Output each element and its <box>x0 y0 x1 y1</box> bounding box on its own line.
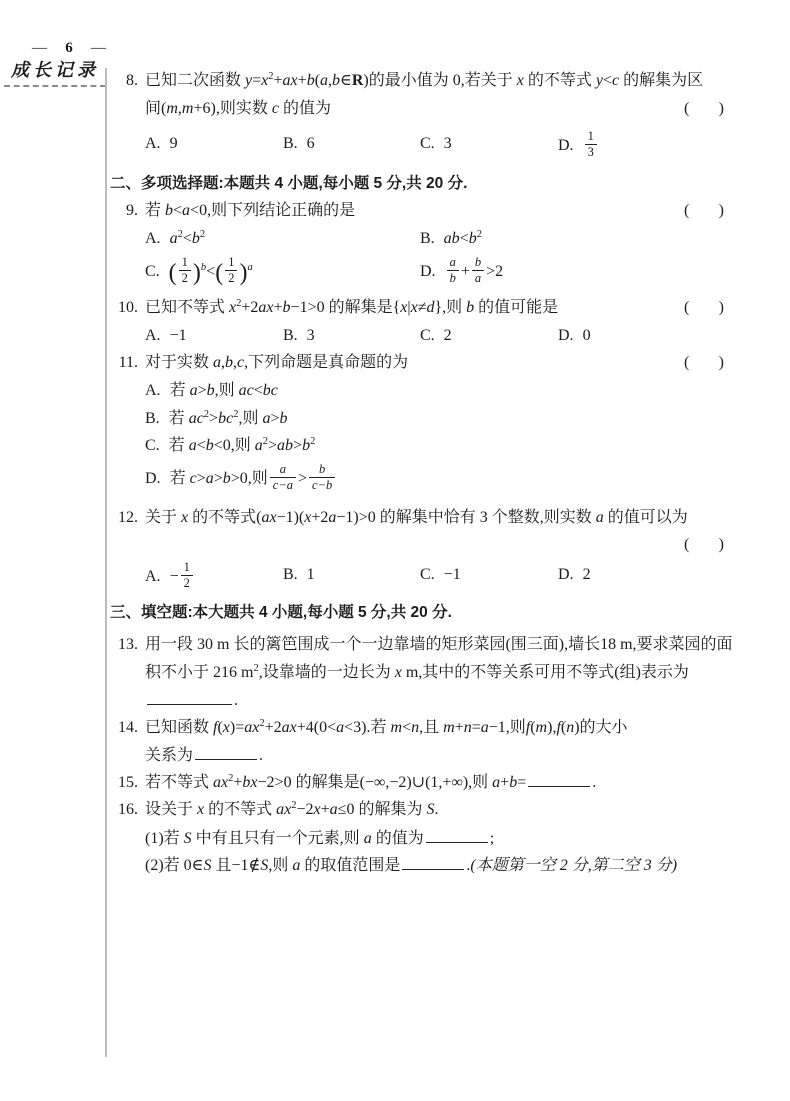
option-C: C.2 <box>420 323 452 349</box>
option-value: 若 a<b<0,则 a2>ab>b2 <box>169 437 316 454</box>
question-15-text: 若不等式 ax2+bx−2>0 的解集是(−∞,−2)∪(1,+∞),则 a+b… <box>145 774 596 791</box>
option-value: 若 ac2>bc2,则 a>b <box>169 410 288 427</box>
option-label: B. <box>420 230 435 247</box>
bracket-open: ( <box>684 295 689 321</box>
option-label: D. <box>558 137 574 154</box>
option-value: −1 <box>170 327 187 344</box>
question-8-line-1: 8.已知二次函数 y=x2+ax+b(a,b∈R)的最小值为 0,若关于 x 的… <box>110 68 758 94</box>
option-B: B.1 <box>283 562 315 588</box>
question-8-text: 已知二次函数 y=x2+ax+b(a,b∈R)的最小值为 0,若关于 x 的不等… <box>145 72 703 89</box>
question-14-text: 已知函数 f(x)=ax2+2ax+4(0<a<3).若 m<n,且 m+n=a… <box>145 719 628 736</box>
question-10-line-1: 10.已知不等式 x2+2ax+b−1>0 的解集是{x|x≠d},则 b 的值… <box>110 295 758 321</box>
question-13-line-1: 13.用一段 30 m 长的篱笆围成一个一边靠墙的矩形菜园(围三面),墙长18 … <box>110 632 758 658</box>
question-16-sub-2: (2)若 0∈S 且−1∉S,则 a 的取值范围是.(本题第一空 2 分,第二空… <box>110 852 758 879</box>
question-14-text: 关系为. <box>145 747 263 764</box>
page-number: — 6 — <box>32 40 106 57</box>
option-C: C.(12)b<(12)a <box>145 257 253 288</box>
vertical-divider <box>105 68 107 1057</box>
bracket-close: ) <box>719 198 724 224</box>
question-16-sub2-text: (2)若 0∈S 且−1∉S,则 a 的取值范围是.(本题第一空 2 分,第二空… <box>145 857 677 874</box>
question-13-text: 用一段 30 m 长的篱笆围成一个一边靠墙的矩形菜园(围三面),墙长18 m,要… <box>145 636 733 653</box>
question-8-line-2: 间(m,m+6),则实数 c 的值为 () <box>110 96 758 122</box>
option-B: B.ab<b2 <box>420 226 482 252</box>
question-11-option-D: D.若 c>a>b>0,则ac−a>bc−b <box>110 464 758 495</box>
option-label: A. <box>145 135 161 152</box>
answer-bracket: () <box>684 96 724 122</box>
answer-bracket: () <box>684 350 724 376</box>
option-A: A.a2<b2 <box>145 226 205 252</box>
question-15-line-1: 15.若不等式 ax2+bx−2>0 的解集是(−∞,−2)∪(1,+∞),则 … <box>110 769 758 796</box>
page-number-dash-right: — <box>91 40 106 57</box>
question-12-line-1: 12.关于 x 的不等式(ax−1)(x+2a−1)>0 的解集中恰有 3 个整… <box>110 505 758 531</box>
bracket-close: ) <box>719 96 724 122</box>
bracket-open: ( <box>684 96 689 122</box>
answer-bracket: () <box>684 198 724 224</box>
option-D: D.13 <box>558 131 599 162</box>
question-12-text: 关于 x 的不等式(ax−1)(x+2a−1)>0 的解集中恰有 3 个整数,则… <box>145 509 688 526</box>
brand-logo: 成长记录 <box>4 56 106 87</box>
question-11-option-B: B.若 ac2>bc2,则 a>b <box>110 406 758 432</box>
option-label: A. <box>145 327 161 344</box>
question-16-number: 16. <box>110 797 138 823</box>
option-value: 若 a>b,则 ac<bc <box>170 382 278 399</box>
question-13-text: 积不小于 216 m2,设靠墙的一边长为 x m,其中的不等关系可用不等式(组)… <box>145 664 689 681</box>
question-12-number: 12. <box>110 505 138 531</box>
option-label: B. <box>283 327 298 344</box>
question-11-number: 11. <box>110 350 138 376</box>
answer-blank: . <box>145 692 238 709</box>
option-value: 0 <box>583 327 591 344</box>
option-label: C. <box>420 135 435 152</box>
option-D: D.ab+ba>2 <box>420 257 503 288</box>
section-fill-blank-header: 三、填空题:本大题共 4 小题,每小题 5 分,共 20 分. <box>110 600 758 626</box>
question-16-sub1-text: (1)若 S 中有且只有一个元素,则 a 的值为; <box>145 830 494 847</box>
option-value: ab<b2 <box>444 230 482 247</box>
option-label: B. <box>283 566 298 583</box>
question-11-text: 对于实数 a,b,c,下列命题是真命题的为 <box>145 354 408 371</box>
option-value: 2 <box>583 566 591 583</box>
question-8-text: 间(m,m+6),则实数 c 的值为 <box>145 100 331 117</box>
option-value: 若 c>a>b>0,则ac−a>bc−b <box>170 470 338 487</box>
page-number-value: 6 <box>65 40 73 57</box>
option-value: 3 <box>307 327 315 344</box>
question-14-line-2: 关系为. <box>110 742 758 769</box>
option-label: D. <box>145 470 161 487</box>
option-value: −12 <box>170 568 195 585</box>
option-label: C. <box>420 566 435 583</box>
question-14-number: 14. <box>110 715 138 741</box>
question-16-line-1: 16.设关于 x 的不等式 ax2−2x+a≤0 的解集为 S. <box>110 797 758 823</box>
question-9-text: 若 b<a<0,则下列结论正确的是 <box>145 202 355 219</box>
question-9-line-1: 9.若 b<a<0,则下列结论正确的是 () <box>110 198 758 224</box>
bracket-close: ) <box>719 350 724 376</box>
exam-content: 8.已知二次函数 y=x2+ax+b(a,b∈R)的最小值为 0,若关于 x 的… <box>110 0 758 1101</box>
bracket-close: ) <box>719 295 724 321</box>
option-value: 1 <box>307 566 315 583</box>
option-label: D. <box>420 263 436 280</box>
option-value: a2<b2 <box>170 230 206 247</box>
question-16-text: 设关于 x 的不等式 ax2−2x+a≤0 的解集为 S. <box>145 801 438 818</box>
option-label: D. <box>558 327 574 344</box>
option-label: C. <box>145 437 160 454</box>
question-13-number: 13. <box>110 632 138 658</box>
question-11-line-1: 11.对于实数 a,b,c,下列命题是真命题的为 () <box>110 350 758 376</box>
question-8-number: 8. <box>110 68 138 94</box>
bracket-open: ( <box>684 532 689 558</box>
option-value: (12)b<(12)a <box>169 263 253 280</box>
option-value: ab+ba>2 <box>445 263 504 280</box>
question-9-number: 9. <box>110 198 138 224</box>
option-C: C.3 <box>420 131 452 157</box>
option-A: A.9 <box>145 131 178 157</box>
option-C: C.−1 <box>420 562 461 588</box>
page-number-dash-left: — <box>32 40 47 57</box>
option-D: D.0 <box>558 323 591 349</box>
bracket-close: ) <box>719 532 724 558</box>
option-value: 3 <box>444 135 452 152</box>
option-value: 2 <box>444 327 452 344</box>
question-13-line-2: 积不小于 216 m2,设靠墙的一边长为 x m,其中的不等关系可用不等式(组)… <box>110 660 758 686</box>
option-value: 6 <box>307 135 315 152</box>
option-label: D. <box>558 566 574 583</box>
option-label: B. <box>145 410 160 427</box>
option-label: C. <box>420 327 435 344</box>
answer-bracket: () <box>684 295 724 321</box>
option-B: B.6 <box>283 131 315 157</box>
question-16-sub-1: (1)若 S 中有且只有一个元素,则 a 的值为; <box>110 825 758 852</box>
question-11-option-C: C.若 a<b<0,则 a2>ab>b2 <box>110 433 758 459</box>
answer-bracket: () <box>684 532 724 558</box>
option-label: C. <box>145 263 160 280</box>
question-15-number: 15. <box>110 770 138 796</box>
question-14-line-1: 14.已知函数 f(x)=ax2+2ax+4(0<a<3).若 m<n,且 m+… <box>110 715 758 741</box>
option-value: 9 <box>170 135 178 152</box>
bracket-open: ( <box>684 198 689 224</box>
option-B: B.3 <box>283 323 315 349</box>
option-value: −1 <box>444 566 461 583</box>
question-10-number: 10. <box>110 295 138 321</box>
question-10-text: 已知不等式 x2+2ax+b−1>0 的解集是{x|x≠d},则 b 的值可能是 <box>145 299 558 316</box>
option-label: A. <box>145 568 161 585</box>
option-A: A.−1 <box>145 323 187 349</box>
question-11-option-A: A.若 a>b,则 ac<bc <box>110 378 758 404</box>
option-label: A. <box>145 382 161 399</box>
section-multi-choice-header: 二、多项选择题:本题共 4 小题,每小题 5 分,共 20 分. <box>110 171 758 197</box>
option-A: A.−12 <box>145 562 195 593</box>
option-label: B. <box>283 135 298 152</box>
bracket-open: ( <box>684 350 689 376</box>
option-D: D.2 <box>558 562 591 588</box>
option-value: 13 <box>583 137 599 154</box>
exam-page: { "page": { "number_prefix": "—", "numbe… <box>0 0 790 1101</box>
question-13-answer-blank-line: . <box>110 687 758 714</box>
option-label: A. <box>145 230 161 247</box>
